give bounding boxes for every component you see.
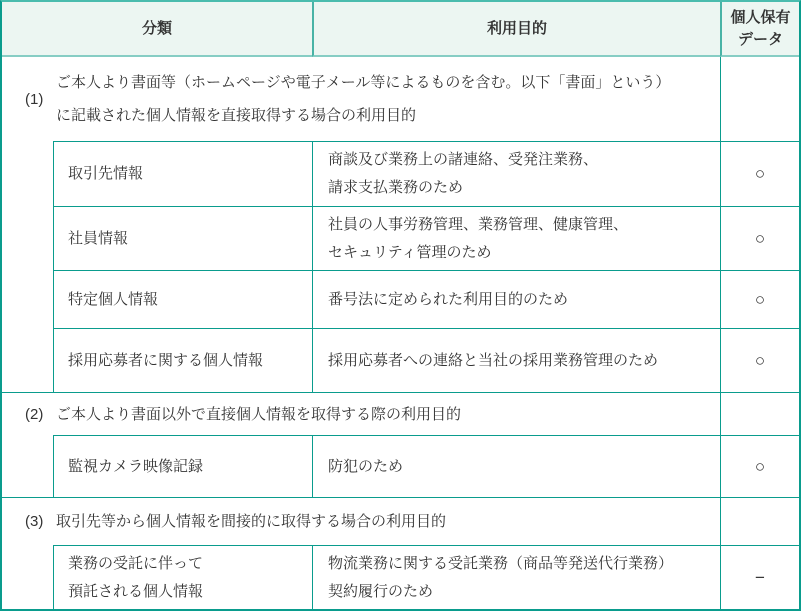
section-2-heading: (2) ご本人より書面以外で直接個人情報を取得する際の利用目的	[2, 392, 720, 435]
section-1-number: (1)	[25, 83, 56, 116]
held-data-mark: ○	[720, 141, 799, 206]
section-3-title: 取引先等から個人情報を間接的に取得する場合の利用目的	[56, 505, 720, 538]
header-held-data: 個人保有 データ	[720, 2, 799, 57]
row-category: 採用応募者に関する個人情報	[53, 328, 312, 392]
section-1-title: ご本人より書面等（ホームページや電子メール等によるものを含む。以下「書面」という…	[56, 66, 720, 132]
row-purpose: 採用応募者への連絡と当社の採用業務管理のため	[312, 328, 720, 392]
header-category: 分類	[2, 2, 312, 57]
section-1-heading: (1) ご本人より書面等（ホームページや電子メール等によるものを含む。以下「書面…	[2, 57, 720, 141]
row-category: 監視カメラ映像記録	[53, 435, 312, 497]
row-purpose: 商談及び業務上の諸連絡、受発注業務、 請求支払業務のため	[312, 141, 720, 206]
section-3-held-empty-cell	[720, 497, 799, 545]
row-purpose: 防犯のため	[312, 435, 720, 497]
row-purpose: 物流業務に関する受託業務（商品等発送代行業務） 契約履行のため	[312, 545, 720, 609]
held-data-mark: ○	[720, 270, 799, 328]
section-2-title: ご本人より書面以外で直接個人情報を取得する際の利用目的	[56, 398, 720, 431]
held-data-mark: ○	[720, 206, 799, 270]
held-data-mark: ○	[720, 435, 799, 497]
table-grid: 分類 利用目的 個人保有 データ (1) ご本人より書面等（ホームページや電子メ…	[2, 2, 799, 609]
header-purpose: 利用目的	[312, 2, 720, 57]
section-2-held-empty-cell	[720, 392, 799, 435]
row-purpose: 番号法に定められた利用目的のため	[312, 270, 720, 328]
held-data-mark: −	[720, 545, 799, 609]
personal-data-usage-table: 分類 利用目的 個人保有 データ (1) ご本人より書面等（ホームページや電子メ…	[0, 0, 801, 611]
row-category: 取引先情報	[53, 141, 312, 206]
section-1-held-empty-cell	[720, 57, 799, 141]
row-category: 特定個人情報	[53, 270, 312, 328]
section-3-number: (3)	[25, 505, 56, 538]
row-category: 社員情報	[53, 206, 312, 270]
held-data-mark: ○	[720, 328, 799, 392]
row-purpose: 社員の人事労務管理、業務管理、健康管理、 セキュリティ管理のため	[312, 206, 720, 270]
row-category: 業務の受託に伴って 預託される個人情報	[53, 545, 312, 609]
section-2-number: (2)	[25, 398, 56, 431]
section-3-heading: (3) 取引先等から個人情報を間接的に取得する場合の利用目的	[2, 497, 720, 545]
